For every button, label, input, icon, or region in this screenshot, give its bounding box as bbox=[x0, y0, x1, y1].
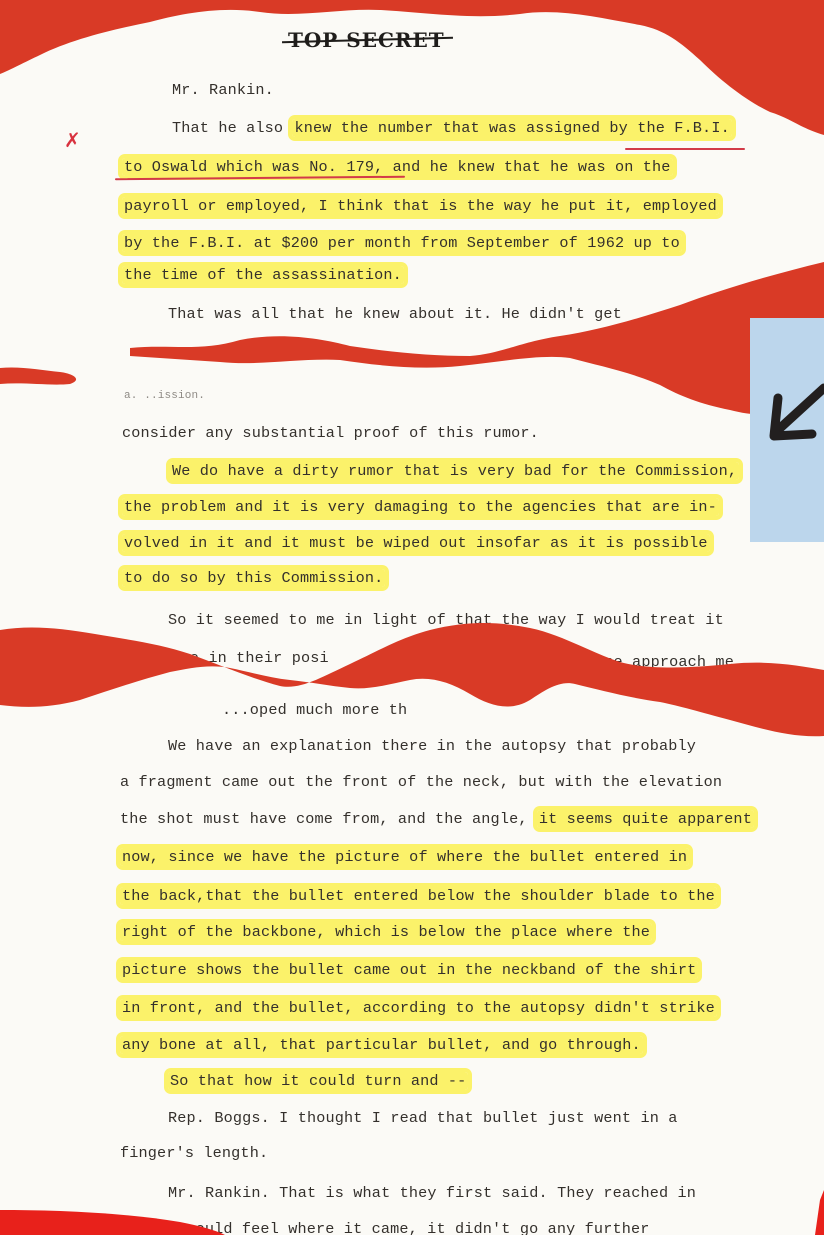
document-page: TOP SECRET Mr. Rankin. ✗ That he also kn… bbox=[0, 0, 824, 1235]
arrow-down-left-icon bbox=[750, 318, 824, 542]
torn-red-overlay bbox=[0, 0, 824, 1235]
sticky-note bbox=[750, 318, 824, 542]
